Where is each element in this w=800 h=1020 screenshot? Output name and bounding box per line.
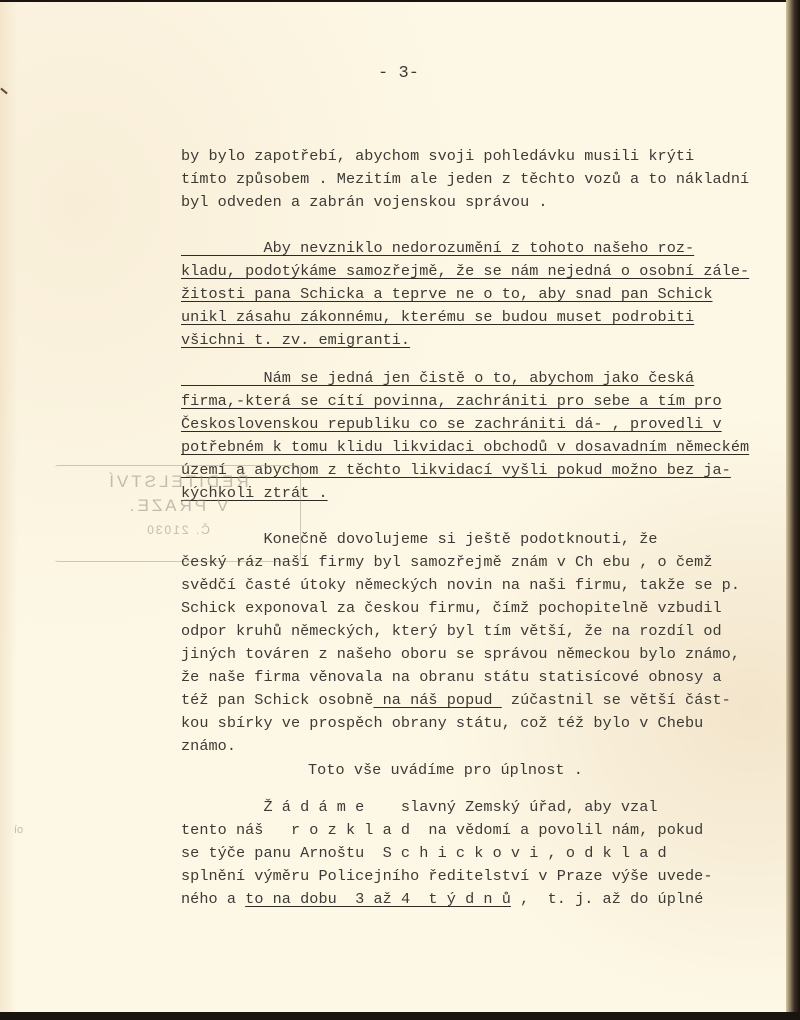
text-segment-underlined: to na dobu 3 až 4 t ý d n ů [245,890,511,908]
page-number: - 3- [378,62,419,85]
margin-mark: ío [14,824,23,836]
page-edge-bottom [0,1012,800,1020]
text-line: Ž á d á m e slavný Zemský úřad, aby vzal [181,796,658,819]
text-line: tímto způsobem . Mezitím ale jeden z těc… [181,168,749,191]
text-line: odpor kruhů německých, který byl tím vět… [181,620,722,643]
text-line: známo. [181,735,236,758]
text-line-mixed: též pan Schick osobně na náš popud zúčas… [181,689,731,712]
text-line: svědčí časté útoky německých novin na na… [181,574,740,597]
text-segment: ného a [181,890,245,908]
text-line-underlined: unikl zásahu zákonnému, kterému se budou… [181,306,694,329]
text-line-mixed: ného a to na dobu 3 až 4 t ý d n ů , t. … [181,888,703,911]
text-segment-underlined: na náš popud [373,691,501,709]
text-line-underlined: Nám se jedná jen čistě o to, abychom jak… [181,367,694,390]
text-line: Konečně dovolujeme si ještě podotknouti,… [181,528,658,551]
text-segment: zúčastnil se větší část- [502,691,731,709]
text-segment: též pan Schick osobně [181,691,373,709]
stamp-line: V PRAZE. [55,494,300,518]
text-line: tento náš r o z k l a d na vědomí a povo… [181,819,703,842]
text-line: by bylo zapotřebí, abychom svoji pohledá… [181,145,694,168]
text-line-underlined: firma,-která se cítí povinna, zachrániti… [181,390,722,413]
text-line: že naše firma věnovala na obranu státu s… [181,666,722,689]
text-line: jiných továren z našeho oboru se správou… [181,643,740,666]
text-line: Toto vše uvádíme pro úplnost . [308,759,583,782]
text-line: splnění výměru Policejního ředitelství v… [181,865,713,888]
text-line-underlined: kladu, podotýkáme samozřejmě, že se nám … [181,260,749,283]
page-edge-shadow [786,0,800,1020]
text-line: byl odveden a zabrán vojenskou správou . [181,191,548,214]
text-line: Schick exponoval za českou firmu, čímž p… [181,597,722,620]
text-segment: , t. j. až do úplné [511,890,703,908]
text-line: kou sbírky ve prospěch obrany státu, což… [181,712,703,735]
text-line-underlined: potřebném k tomu klidu likvidaci obchodů… [181,436,749,459]
document-page: - 3- by bylo zapotřebí, abychom svoji po… [0,2,790,1014]
stamp-line: ŘEDITELSTVÍ [55,470,300,494]
text-line: český ráz naší firmy byl samozřejmě znám… [181,551,713,574]
text-line-underlined: Aby nevzniklo nedorozumění z tohoto naše… [181,237,694,260]
text-line-underlined: Československou republiku co se zachráni… [181,413,722,436]
text-line-underlined: žitosti pana Schicka a teprve ne o to, a… [181,283,713,306]
paper-mark [0,88,7,95]
text-line-underlined: všichni t. zv. emigranti. [181,329,410,352]
text-line: se týče panu Arnoštu S c h i c k o v i ,… [181,842,667,865]
